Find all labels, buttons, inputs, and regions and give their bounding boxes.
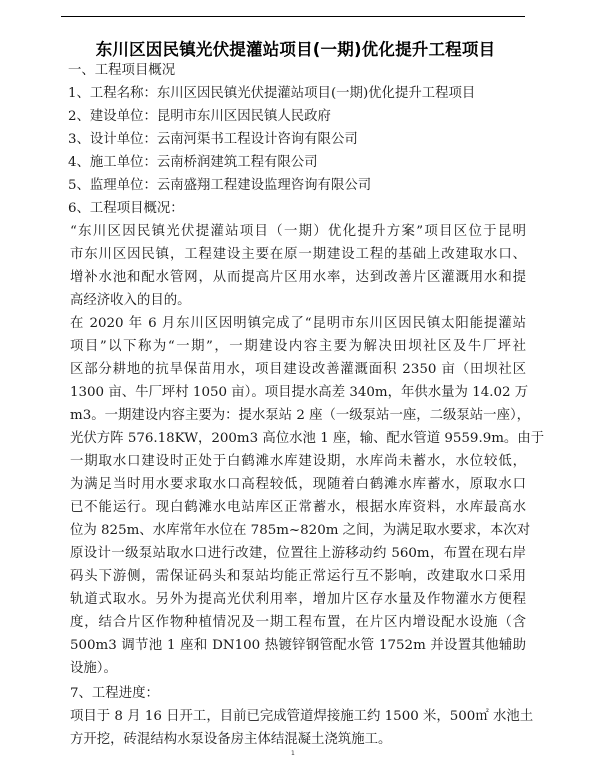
page-number: 1 — [291, 750, 295, 757]
header-rule — [61, 16, 525, 17]
section-heading: 一、工程项目概况 — [68, 60, 528, 82]
overview-line: 一期取水口建设时正处于白鹤滩水库建设期，水库尚未蓄水，水位较低， — [70, 451, 526, 473]
document-title: 东川区因民镇光伏提灌站项目(一期)优化提升工程项目 — [0, 36, 591, 60]
item-builder-unit: 4、施工单位：云南桥润建筑工程有限公司 — [68, 152, 528, 174]
overview-line: 增补水池和配水管网，从而提高片区用水率，达到改善片区灌溉用水和提 — [70, 267, 526, 289]
overview-line: 位为 825m、水库常年水位在 785m~820m 之间，为满足取水要求，本次对 — [70, 520, 526, 542]
overview-line: 500m3 调节池 1 座和 DN100 热镀锌钢管配水管 1752m 并设置其… — [70, 635, 526, 657]
overview-line: 度，结合片区作物种植情况及一期工程布置，在片区内增设配水设施（含 — [70, 612, 526, 634]
overview-line: 光伏方阵 576.18KW，200m3 高位水池 1 座，输、配水管道 9559… — [70, 428, 526, 450]
overview-line: 轨道式取水。另外为提高光伏利用率，增加片区存水量及作物灌水方便程 — [70, 589, 526, 611]
overview-line: 码头下游侧，需保证码头和泵站均能正常运行互不影响，改建取水口采用 — [70, 566, 526, 588]
progress-heading: 7、工程进度： — [70, 683, 530, 705]
overview-line: 高经济收入的目的。 — [70, 290, 530, 312]
overview-line: 1300 亩、牛厂坪村 1050 亩）。项目提水高差 340m，年供水量为 14… — [70, 382, 526, 404]
item-construction-unit: 2、建设单位：昆明市东川区因民镇人民政府 — [68, 106, 528, 128]
overview-line: 已不能运行。现白鹤滩水电站库区正常蓄水，根据水库资料，水库最高水 — [70, 497, 526, 519]
overview-line: 在 2020 年 6 月东川区因明镇完成了“昆明市东川区因民镇太阳能提灌站 — [70, 313, 526, 335]
item-design-unit: 3、设计单位：云南河渠书工程设计咨询有限公司 — [68, 129, 528, 151]
overview-line: “东川区因民镇光伏提灌站项目（一期）优化提升方案”项目区位于昆明 — [70, 221, 526, 243]
overview-line: 设施）。 — [70, 658, 530, 680]
overview-line: 原设计一级泵站取水口进行改建，位置往上游移动约 560m，布置在现右岸 — [70, 543, 526, 565]
progress-line: 方开挖，砖混结构水泵设备房主体结混凝土浇筑施工。 — [70, 729, 530, 751]
progress-line: 项目于 8 月 16 日开工，目前已完成管道焊接施工约 1500 米，500㎡ … — [70, 706, 526, 728]
overview-line: 项目”以下称为“一期”，一期建设内容主要为解决田坝社区及牛厂坪社 — [70, 336, 526, 358]
item-project-name: 1、工程名称：东川区因民镇光伏提灌站项目(一期)优化提升工程项目 — [68, 83, 528, 105]
overview-line: 区部分耕地的抗旱保苗用水，项目建设改善灌溉面积 2350 亩（田坝社区 — [70, 359, 526, 381]
item-overview-heading: 6、工程项目概况： — [68, 198, 528, 220]
item-supervision-unit: 5、监理单位：云南盛翔工程建设监理咨询有限公司 — [68, 175, 528, 197]
overview-line: 市东川区因民镇，工程建设主要在原一期建设工程的基础上改建取水口、 — [70, 244, 526, 266]
overview-line: m3。一期建设内容主要为：提水泵站 2 座（一级泵站一座，二级泵站一座）， — [70, 405, 526, 427]
overview-line: 为满足当时用水要求取水口高程较低，现随着白鹤滩水库蓄水，原取水口 — [70, 474, 526, 496]
